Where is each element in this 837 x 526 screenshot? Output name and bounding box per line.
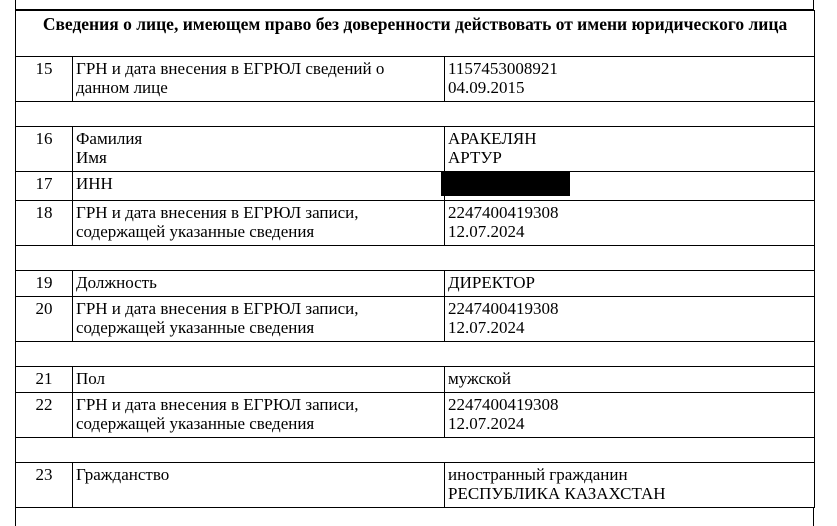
row-label: ИНН: [73, 172, 445, 201]
spacer-cell: [16, 342, 815, 367]
row-number: 23: [16, 463, 73, 508]
row-label: Гражданство: [73, 463, 445, 508]
row-label: ГРН и дата внесения в ЕГРЮЛ сведений ода…: [73, 57, 445, 102]
row-number: 22: [16, 393, 73, 438]
date-value: 12.07.2024: [448, 222, 525, 241]
name-value: АРТУР: [448, 148, 502, 167]
row-value: [445, 172, 815, 201]
row-label: ГРН и дата внесения в ЕГРЮЛ записи,содер…: [73, 297, 445, 342]
row-number: 18: [16, 201, 73, 246]
row-label: Пол: [73, 367, 445, 393]
row-number: 15: [16, 57, 73, 102]
label-line: данном лице: [76, 78, 168, 97]
spacer-row: [16, 102, 815, 127]
row-label: ГРН и дата внесения в ЕГРЮЛ записи,содер…: [73, 393, 445, 438]
row-value: мужской: [445, 367, 815, 393]
grn-value: 2247400419308: [448, 203, 559, 222]
spacer-row: [16, 246, 815, 271]
row-number: 16: [16, 127, 73, 172]
table-row: 18 ГРН и дата внесения в ЕГРЮЛ записи,со…: [16, 201, 815, 246]
spacer-cell: [16, 438, 815, 463]
label-line: ГРН и дата внесения в ЕГРЮЛ записи,: [76, 203, 358, 222]
section-header-row: Сведения о лице, имеющем право без довер…: [16, 11, 815, 57]
egrul-extract-sheet: Сведения о лице, имеющем право без довер…: [15, 0, 814, 526]
row-value: ДИРЕКТОР: [445, 271, 815, 297]
table-row: 21 Пол мужской: [16, 367, 815, 393]
grn-value: 1157453008921: [448, 59, 558, 78]
row-label: Должность: [73, 271, 445, 297]
spacer-row: [16, 342, 815, 367]
table-row: 23 Гражданство иностранный гражданинРЕСП…: [16, 463, 815, 508]
surname-value: АРАКЕЛЯН: [448, 129, 536, 148]
citizenship-country: РЕСПУБЛИКА КАЗАХСТАН: [448, 484, 666, 503]
row-label: ФамилияИмя: [73, 127, 445, 172]
date-value: 12.07.2024: [448, 318, 525, 337]
table-row: 15 ГРН и дата внесения в ЕГРЮЛ сведений …: [16, 57, 815, 102]
grn-value: 2247400419308: [448, 299, 559, 318]
date-value: 12.07.2024: [448, 414, 525, 433]
table-row: 17 ИНН: [16, 172, 815, 201]
citizenship-type: иностранный гражданин: [448, 465, 628, 484]
date-value: 04.09.2015: [448, 78, 525, 97]
table-row: 19 Должность ДИРЕКТОР: [16, 271, 815, 297]
table-row: 16 ФамилияИмя АРАКЕЛЯНАРТУР: [16, 127, 815, 172]
row-value: 115745300892104.09.2015: [445, 57, 815, 102]
label-line: содержащей указанные сведения: [76, 318, 314, 337]
row-value: иностранный гражданинРЕСПУБЛИКА КАЗАХСТА…: [445, 463, 815, 508]
row-number: 20: [16, 297, 73, 342]
spacer-cell: [16, 102, 815, 127]
row-value: АРАКЕЛЯНАРТУР: [445, 127, 815, 172]
label-line: ГРН и дата внесения в ЕГРЮЛ записи,: [76, 299, 358, 318]
label-line: Имя: [76, 148, 107, 167]
person-info-table: Сведения о лице, имеющем право без довер…: [15, 10, 815, 508]
label-line: ГРН и дата внесения в ЕГРЮЛ сведений о: [76, 59, 384, 78]
table-row: 22 ГРН и дата внесения в ЕГРЮЛ записи,со…: [16, 393, 815, 438]
row-number: 21: [16, 367, 73, 393]
table-row: 20 ГРН и дата внесения в ЕГРЮЛ записи,со…: [16, 297, 815, 342]
label-line: ГРН и дата внесения в ЕГРЮЛ записи,: [76, 395, 358, 414]
row-value: 224740041930812.07.2024: [445, 201, 815, 246]
redacted-inn-block: [441, 172, 570, 196]
row-value: 224740041930812.07.2024: [445, 393, 815, 438]
row-number: 19: [16, 271, 73, 297]
row-value: 224740041930812.07.2024: [445, 297, 815, 342]
row-number: 17: [16, 172, 73, 201]
label-line: содержащей указанные сведения: [76, 414, 314, 433]
next-section-edge: [15, 508, 814, 526]
label-line: содержащей указанные сведения: [76, 222, 314, 241]
label-line: Фамилия: [76, 129, 142, 148]
spacer-row: [16, 438, 815, 463]
grn-value: 2247400419308: [448, 395, 559, 414]
row-label: ГРН и дата внесения в ЕГРЮЛ записи,содер…: [73, 201, 445, 246]
spacer-cell: [16, 246, 815, 271]
section-title: Сведения о лице, имеющем право без довер…: [16, 11, 815, 57]
previous-section-edge: [15, 0, 814, 10]
